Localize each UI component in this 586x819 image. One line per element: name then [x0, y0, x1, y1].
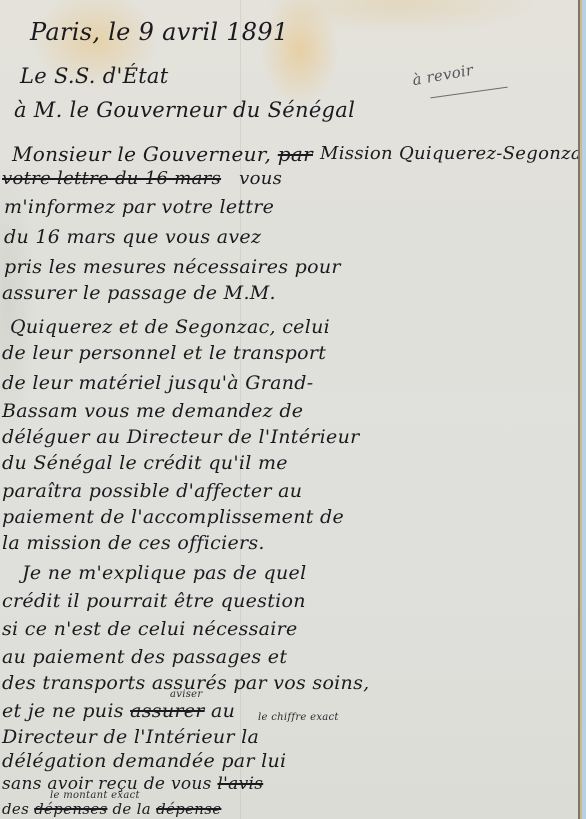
- body-line: Bassam vous me demandez de: [2, 400, 303, 422]
- body-line: si ce n'est de celui nécessaire: [2, 618, 298, 640]
- body-line: déléguer au Directeur de l'Intérieur: [2, 426, 360, 448]
- body-line: m'informez par votre lettre: [4, 196, 274, 218]
- sender: Le S.S. d'État: [20, 64, 169, 88]
- insertion: le chiffre exact: [258, 712, 339, 723]
- body-line: Quiquerez et de Segonzac, celui: [10, 316, 330, 338]
- body-line: crédit il pourrait être question: [2, 590, 306, 612]
- body-line: délégation demandée par lui: [2, 750, 286, 772]
- body-line: du 16 mars que vous avez: [4, 226, 261, 248]
- body-line: de leur personnel et le transport: [2, 342, 326, 364]
- body-line: et je ne puis assurer au: [2, 700, 235, 722]
- recipient: à M. le Gouverneur du Sénégal: [14, 98, 355, 122]
- body-line: au paiement des passages et: [2, 646, 287, 668]
- body-line: paiement de l'accomplissement de: [2, 506, 344, 528]
- body-line: assurer le passage de M.M.: [2, 282, 276, 304]
- pencil-note: à revoir: [411, 61, 475, 89]
- body-line: du Sénégal le crédit qu'il me: [2, 452, 288, 474]
- body-line: votre lettre du 16 mars vous: [2, 168, 282, 189]
- body-line: pris les mesures nécessaires pour: [4, 256, 341, 278]
- body-line: des dépenses de la dépense: [2, 800, 221, 818]
- letter-page: Paris, le 9 avril 1891 Le S.S. d'État à …: [0, 0, 580, 819]
- subject-note: Mission Quiquerez-Segonzac: [320, 143, 580, 164]
- body-line: paraîtra possible d'affecter au: [2, 480, 302, 502]
- pencil-underline: [430, 87, 507, 99]
- body-line: Directeur de l'Intérieur la: [2, 726, 259, 748]
- salutation: Monsieur le Gouverneur, par: [12, 142, 313, 166]
- body-line: la mission de ces officiers.: [2, 532, 265, 554]
- body-line: de leur matériel jusqu'à Grand-: [2, 372, 313, 394]
- place-date: Paris, le 9 avril 1891: [30, 18, 289, 46]
- body-line: Je ne m'explique pas de quel: [22, 562, 306, 584]
- insertion: aviser: [170, 689, 202, 700]
